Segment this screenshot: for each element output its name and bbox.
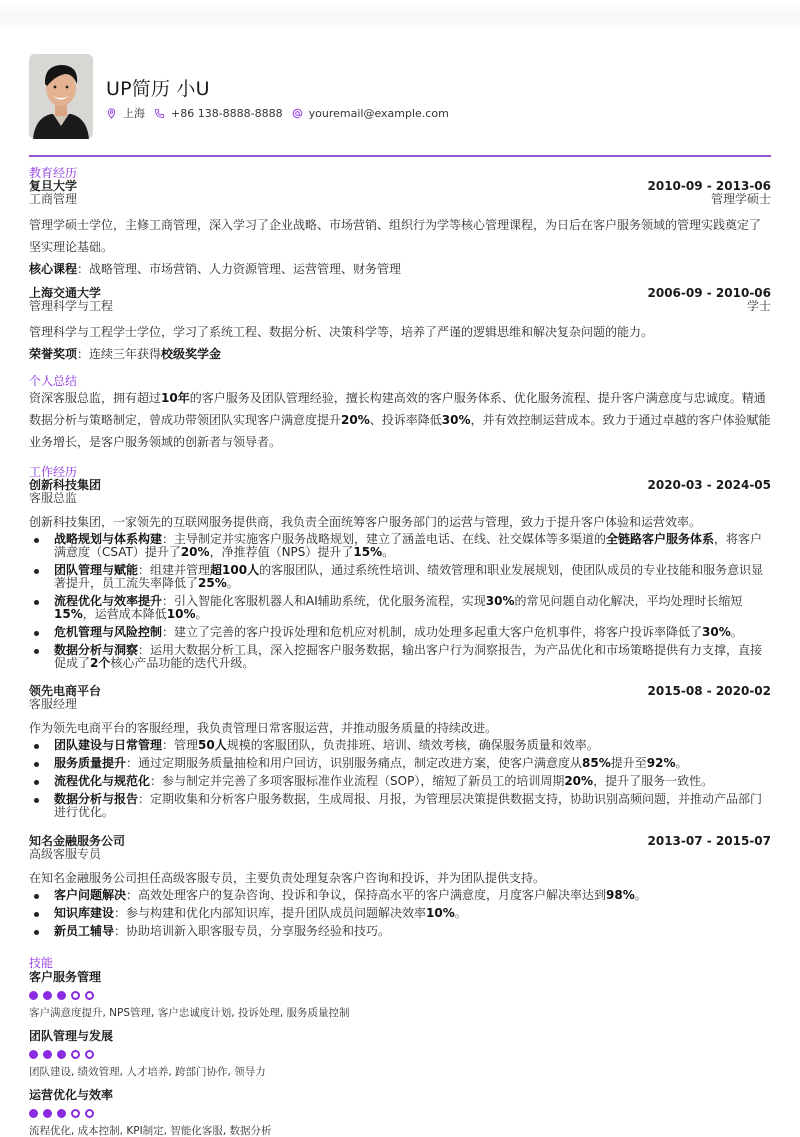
level-dot-filled (29, 1050, 38, 1059)
skill-item: 团队管理与发展 团队建设, 绩效管理, 人才培养, 跨部门协作, 领导力 (29, 1029, 771, 1078)
contact-email: youremail@example.com (292, 107, 449, 120)
level-dot-filled (29, 1109, 38, 1118)
list-item: 数据分析与洞察：运用大数据分析工具，深入挖掘客户服务数据，输出客户行为洞察报告，… (29, 644, 771, 670)
level-dot-filled (43, 991, 52, 1000)
work-description: 在知名金融服务公司担任高级客服专员，主要负责处理复杂客户咨询和投诉，并为团队提供… (29, 867, 771, 889)
list-item: 流程优化与效率提升：引入智能化客服机器人和AI辅助系统，优化服务流程，实现30%… (29, 595, 771, 621)
level-dot-filled (57, 1050, 66, 1059)
level-dot-empty (85, 1050, 94, 1059)
work-entry-head: 创新科技集团 客服总监 2020-03 - 2024-05 (29, 479, 771, 505)
summary-section: 个人总结 资深客服总监，拥有超过10年的客户服务及团队管理经验，擅长构建高效的客… (29, 375, 771, 453)
level-dot-empty (71, 1109, 80, 1118)
work-bullets: 团队建设与日常管理：管理50人规模的客服团队，负责排班、培训、绩效考核，确保服务… (29, 739, 771, 819)
section-title-skills: 技能 (29, 957, 771, 970)
summary-text: 资深客服总监，拥有超过10年的客户服务及团队管理经验，擅长构建高效的客户服务体系… (29, 387, 771, 453)
list-item: 数据分析与报告：定期收集和分析客户服务数据，生成周报、月报，为管理层决策提供数据… (29, 793, 771, 819)
list-item: 流程优化与规范化：参与制定并完善了多项客服标准作业流程（SOP），缩短了新员工的… (29, 775, 771, 788)
level-dot-empty (71, 991, 80, 1000)
education-entry-head: 上海交通大学 管理科学与工程 2006-09 - 2010-06 学士 (29, 287, 771, 313)
work-section: 工作经历 创新科技集团 客服总监 2020-03 - 2024-05 创新科技集… (29, 466, 771, 675)
candidate-name: UP简历 小U (106, 74, 210, 101)
contact-phone: +86 138-8888-8888 (154, 107, 283, 120)
skill-keywords: 流程优化, 成本控制, KPI制定, 智能化客服, 数据分析 (29, 1125, 771, 1130)
skill-item: 客户服务管理 客户满意度提升, NPS管理, 客户忠诚度计划, 投诉处理, 服务… (29, 970, 771, 1019)
skill-name: 客户服务管理 (29, 970, 771, 984)
contact-location: 上海 (106, 105, 145, 121)
degree: 学士 (747, 300, 771, 313)
skill-name: 运营优化与效率 (29, 1088, 771, 1102)
education-entry-2: 上海交通大学 管理科学与工程 2006-09 - 2010-06 学士 管理科学… (29, 287, 771, 365)
top-fade (0, 0, 800, 32)
list-item: 服务质量提升：通过定期服务质量抽检和用户回访，识别服务痛点，制定改进方案，使客户… (29, 757, 771, 770)
level-dot-filled (57, 1109, 66, 1118)
job-role: 客服经理 (29, 698, 771, 711)
education-description: 管理学硕士学位，主修工商管理，深入学习了企业战略、市场营销、组织行为学等核心管理… (29, 214, 771, 258)
education-section: 教育经历 复旦大学 工商管理 2010-09 - 2013-06 管理学硕士 管… (29, 167, 771, 280)
major: 管理科学与工程 (29, 300, 771, 313)
list-item: 团队建设与日常管理：管理50人规模的客服团队，负责排班、培训、绩效考核，确保服务… (29, 739, 771, 752)
location-pin-icon (106, 108, 117, 119)
level-dot-filled (43, 1109, 52, 1118)
skill-name: 团队管理与发展 (29, 1029, 771, 1043)
job-role: 客服总监 (29, 492, 771, 505)
education-honors: 荣誉奖项：连续三年获得校级奖学金 (29, 343, 771, 365)
skill-item: 运营优化与效率 流程优化, 成本控制, KPI制定, 智能化客服, 数据分析 (29, 1088, 771, 1130)
at-sign-icon (292, 108, 303, 119)
header-divider (29, 155, 771, 157)
work-date: 2015-08 - 2020-02 (648, 685, 772, 698)
education-description: 管理科学与工程学士学位，学习了系统工程、数据分析、决策科学等，培养了严谨的逻辑思… (29, 321, 771, 343)
skill-keywords: 团队建设, 绩效管理, 人才培养, 跨部门协作, 领导力 (29, 1066, 771, 1078)
education-entry-head: 复旦大学 工商管理 2010-09 - 2013-06 管理学硕士 (29, 180, 771, 206)
level-dot-empty (85, 1109, 94, 1118)
work-entry-2: 领先电商平台 客服经理 2015-08 - 2020-02 作为领先电商平台的客… (29, 685, 771, 824)
work-date: 2013-07 - 2015-07 (648, 835, 772, 848)
resume-header: UP简历 小U 上海 +86 138-8888-8888 youremail@e… (29, 54, 771, 140)
list-item: 客户问题解决：高效处理客户的复杂咨询、投诉和争议，保持高水平的客户满意度，月度客… (29, 889, 771, 902)
level-dot-filled (57, 991, 66, 1000)
skill-level-dots (29, 1109, 771, 1118)
level-dot-empty (85, 991, 94, 1000)
avatar (29, 54, 93, 139)
work-bullets: 客户问题解决：高效处理客户的复杂咨询、投诉和争议，保持高水平的客户满意度，月度客… (29, 889, 771, 938)
contact-info: 上海 +86 138-8888-8888 youremail@example.c… (106, 105, 458, 121)
work-entry-head: 知名金融服务公司 高级客服专员 2013-07 - 2015-07 (29, 835, 771, 861)
list-item: 新员工辅导：协助培训新入职客服专员，分享服务经验和技巧。 (29, 925, 771, 938)
skills-section: 技能 客户服务管理 客户满意度提升, NPS管理, 客户忠诚度计划, 投诉处理,… (29, 957, 771, 1130)
level-dot-filled (29, 991, 38, 1000)
list-item: 知识库建设：参与构建和优化内部知识库，提升团队成员问题解决效率10%。 (29, 907, 771, 920)
skill-keywords: 客户满意度提升, NPS管理, 客户忠诚度计划, 投诉处理, 服务质量控制 (29, 1007, 771, 1019)
level-dot-filled (43, 1050, 52, 1059)
job-role: 高级客服专员 (29, 848, 771, 861)
phone-icon (154, 108, 165, 119)
skill-level-dots (29, 991, 771, 1000)
list-item: 危机管理与风险控制：建立了完善的客户投诉处理和危机应对机制，成功处理多起重大客户… (29, 626, 771, 639)
list-item: 团队管理与赋能：组建并管理超100人的客服团队，通过系统性培训、绩效管理和职业发… (29, 564, 771, 590)
work-bullets: 战略规划与体系构建：主导制定并实施客户服务战略规划，建立了涵盖电话、在线、社交媒… (29, 533, 771, 670)
list-item: 战略规划与体系构建：主导制定并实施客户服务战略规划，建立了涵盖电话、在线、社交媒… (29, 533, 771, 559)
level-dot-empty (71, 1050, 80, 1059)
work-entry-head: 领先电商平台 客服经理 2015-08 - 2020-02 (29, 685, 771, 711)
work-description: 创新科技集团，一家领先的互联网服务提供商，我负责全面统筹客户服务部门的运营与管理… (29, 511, 771, 533)
work-entry-3: 知名金融服务公司 高级客服专员 2013-07 - 2015-07 在知名金融服… (29, 835, 771, 943)
skill-level-dots (29, 1050, 771, 1059)
work-date: 2020-03 - 2024-05 (648, 479, 772, 492)
degree: 管理学硕士 (711, 193, 771, 206)
work-description: 作为领先电商平台的客服经理，我负责管理日常客服运营，并推动服务质量的持续改进。 (29, 717, 771, 739)
education-courses: 核心课程：战略管理、市场营销、人力资源管理、运营管理、财务管理 (29, 258, 771, 280)
major: 工商管理 (29, 193, 771, 206)
